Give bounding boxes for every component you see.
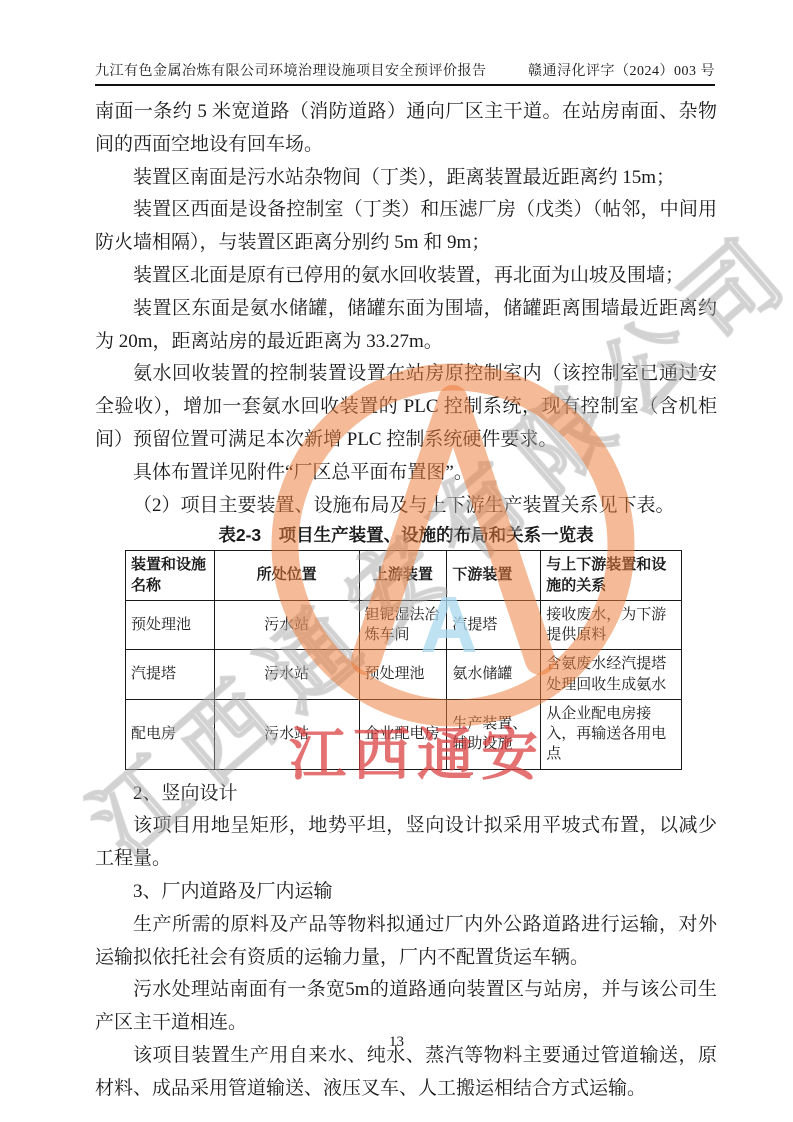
cell-device-name: 汽提塔 bbox=[126, 650, 215, 700]
page-number: 13 bbox=[0, 1034, 793, 1051]
table-header-row: 装置和设施名称 所处位置 上游装置 下游装置 与上下游装置和设施的关系 bbox=[126, 551, 682, 601]
section-heading: 3、厂内道路及厂内运输 bbox=[95, 876, 717, 909]
cell-relation: 接收废水，为下游提供原料 bbox=[541, 600, 682, 650]
paragraph: 装置区东面是氨水储罐，储罐东面为围墙，储罐距离围墙最近距离约为 20m，距离站房… bbox=[95, 293, 717, 359]
paragraph: 南面一条约 5 米宽道路（消防道路）通向厂区主干道。在站房南面、杂物间的西面空地… bbox=[95, 96, 717, 162]
header-report-title: 九江有色金属冶炼有限公司环境治理设施项目安全预评价报告 bbox=[95, 60, 487, 80]
cell-device-name: 预处理池 bbox=[126, 600, 215, 650]
cell-upstream: 预处理池 bbox=[359, 650, 447, 700]
document-body: 南面一条约 5 米宽道路（消防道路）通向厂区主干道。在站房南面、杂物间的西面空地… bbox=[95, 96, 717, 1106]
cell-downstream: 氨水储罐 bbox=[447, 650, 541, 700]
col-header-relation: 与上下游装置和设施的关系 bbox=[541, 551, 682, 601]
table-caption: 表2-3 项目生产装置、设施的布局和关系一览表 bbox=[95, 522, 717, 548]
paragraph: 装置区北面是原有已停用的氨水回收装置，再北面为山坡及围墙； bbox=[95, 260, 717, 293]
paragraph: 氨水回收装置的控制装置设置在站房原控制室内（该控制室已通过安全验收），增加一套氨… bbox=[95, 358, 717, 456]
cell-downstream: 汽提塔 bbox=[447, 600, 541, 650]
document-page: 九江有色金属冶炼有限公司环境治理设施项目安全预评价报告 赣通浔化评字（2024）… bbox=[0, 0, 793, 1122]
paragraph: 装置区西面是设备控制室（丁类）和压滤厂房（戊类）（帖邻，中间用防火墙相隔），与装… bbox=[95, 194, 717, 260]
paragraph: 装置区南面是污水站杂物间（丁类），距离装置最近距离约 15m； bbox=[95, 162, 717, 195]
header-doc-number: 赣通浔化评字（2024）003 号 bbox=[528, 60, 715, 80]
paragraph: 污水处理站南面有一条宽5m的道路通向装置区与站房，并与该公司生产区主干道相连。 bbox=[95, 974, 717, 1040]
paragraph: 该项目用地呈矩形，地势平坦，竖向设计拟采用平坡式布置，以减少工程量。 bbox=[95, 810, 717, 876]
cell-upstream: 企业配电房 bbox=[359, 699, 447, 769]
cell-location: 污水站 bbox=[214, 600, 359, 650]
paragraph: 具体布置详见附件“厂区总平面布置图”。 bbox=[95, 457, 717, 490]
cell-relation: 含氨废水经汽提塔处理回收生成氨水 bbox=[541, 650, 682, 700]
paragraph: （2）项目主要装置、设施布局及与上下游生产装置关系见下表。 bbox=[95, 490, 717, 523]
cell-relation: 从企业配电房接入，再输送各用电点 bbox=[541, 699, 682, 769]
table-row: 汽提塔 污水站 预处理池 氨水储罐 含氨废水经汽提塔处理回收生成氨水 bbox=[126, 650, 682, 700]
col-header-device-name: 装置和设施名称 bbox=[126, 551, 215, 601]
col-header-upstream: 上游装置 bbox=[359, 551, 447, 601]
cell-downstream: 生产装置、辅助设施 bbox=[447, 699, 541, 769]
cell-upstream: 钽铌湿法冶炼车间 bbox=[359, 600, 447, 650]
col-header-location: 所处位置 bbox=[214, 551, 359, 601]
cell-location: 污水站 bbox=[214, 699, 359, 769]
paragraph: 生产所需的原料及产品等物料拟通过厂内外公路道路进行运输，对外运输拟依托社会有资质… bbox=[95, 909, 717, 975]
col-header-downstream: 下游装置 bbox=[447, 551, 541, 601]
section-heading: 2、竖向设计 bbox=[95, 778, 717, 811]
table-row: 配电房 污水站 企业配电房 生产装置、辅助设施 从企业配电房接入，再输送各用电点 bbox=[126, 699, 682, 769]
layout-relation-table: 装置和设施名称 所处位置 上游装置 下游装置 与上下游装置和设施的关系 预处理池… bbox=[125, 550, 682, 769]
table-row: 预处理池 污水站 钽铌湿法冶炼车间 汽提塔 接收废水，为下游提供原料 bbox=[126, 600, 682, 650]
cell-location: 污水站 bbox=[214, 650, 359, 700]
page-header: 九江有色金属冶炼有限公司环境治理设施项目安全预评价报告 赣通浔化评字（2024）… bbox=[95, 60, 715, 86]
cell-device-name: 配电房 bbox=[126, 699, 215, 769]
